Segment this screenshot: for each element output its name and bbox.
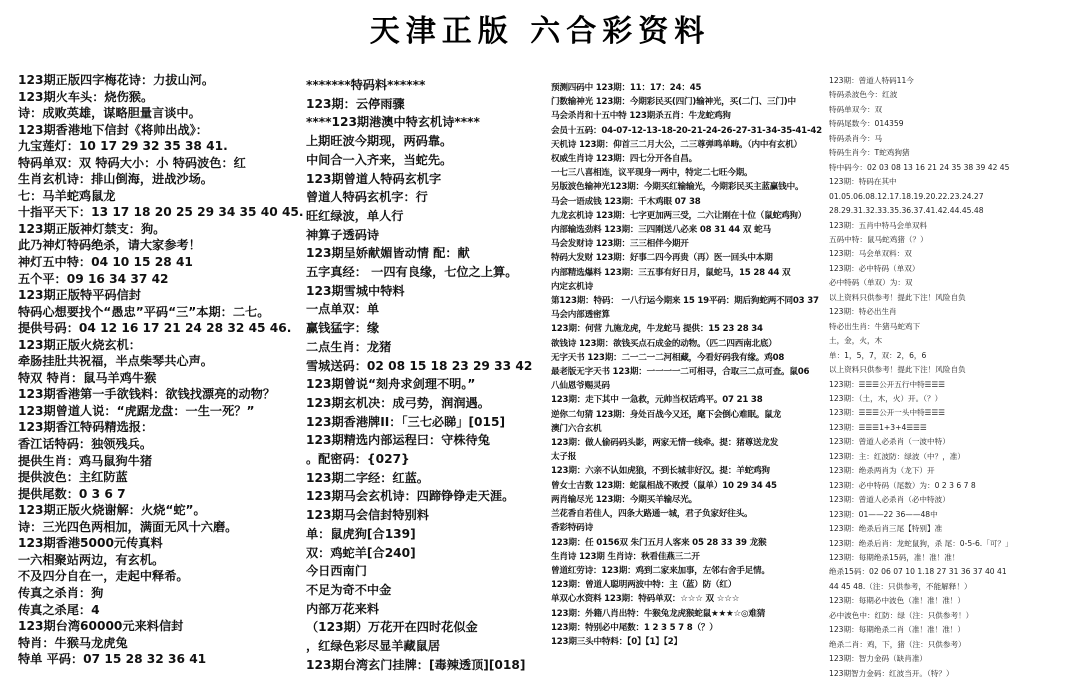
text-line: 预测四码中 123期：11：17：24：45 [551, 81, 823, 95]
text-line: 无字天书 123期：二一二一二河相藏，今看好码我有缘。鸡08 [551, 351, 823, 365]
text-line: 123期：必中特码（尾数）为：0 2 3 6 7 8 [829, 479, 1079, 493]
text-line: 44 45 48.（注：只供参考，不能解释！） [829, 580, 1079, 594]
text-line: 会员十五码：04-07-12-13-18-20-21-24-26-27-31-3… [551, 124, 823, 138]
text-line: 特双 特肖：鼠马羊鸡牛猴 [18, 370, 303, 387]
page-title: 天津正版 六合彩资料 [0, 6, 1080, 50]
text-line: 十指平天下：13 17 18 20 25 29 34 35 40 45. [18, 204, 303, 221]
column-4: 123期：曾道人特码11今特码杀波色今：红波特码单双今：双特码尾数今：01435… [829, 74, 1079, 681]
text-line: 123期：何营 九施龙虎，牛龙蛇马 提供：15 23 28 34 [551, 322, 823, 336]
text-line: 中间合一入齐来，当蛇先。 [306, 151, 550, 170]
text-line: 特肖：牛猴马龙虎兔 [18, 635, 303, 652]
text-line: 香江话特码：独领残兵。 [18, 436, 303, 453]
text-line: 香彩特码诗 [551, 521, 823, 535]
text-line: 123期：每期绝杀二肖（准！准！准！） [829, 623, 1079, 637]
text-line: 澳门六合玄机 [551, 422, 823, 436]
text-line: 逆你二句猜 123期：身处百战今又还，麾下会倒心难眠。鼠龙 [551, 408, 823, 422]
text-line: 绝杀二肖：鸡，下，猪（注：只供参考） [829, 638, 1079, 652]
text-line: 特必出生肖：牛猪马蛇鸡下 [829, 320, 1079, 334]
text-line: 马会内部透密算 [551, 308, 823, 322]
column-2: *******特码料******123期：云停雨骤****123期港澳中特玄机诗… [306, 76, 550, 675]
text-line: 特单 平码：07 15 28 32 36 41 [18, 651, 303, 668]
text-line: 123期：01——22 36——48中 [829, 508, 1079, 522]
text-line: 特码心想要找个“愚忠”平码“三”本期：二七。 [18, 304, 303, 321]
text-line: 123期玄机决：成弓势，润润遇。 [306, 394, 550, 413]
text-line: 123期二字经：红蓝。 [306, 469, 550, 488]
text-line: 123期：每期必中波色（准！准！准！） [829, 594, 1079, 608]
text-line: 123期：特码在其中 [829, 175, 1079, 189]
text-line: 两肖输尽光 123期：今期买羊输尽光。 [551, 493, 823, 507]
text-line: 特码杀波色今：红波 [829, 88, 1079, 102]
text-line: 五码中特：鼠马蛇鸡猪（？） [829, 233, 1079, 247]
text-line: 神灯五中特：04 10 15 28 41 [18, 254, 303, 271]
text-line: 123期香江特码精选报： [18, 419, 303, 436]
text-line: 提供生肖：鸡马鼠狗牛猪 [18, 453, 303, 470]
text-line: 五字真经： 一四有良缘，七位之上算。 [306, 263, 550, 282]
text-line: 一点单双：单 [306, 300, 550, 319]
text-line: 一六相聚站两边，有玄机。 [18, 552, 303, 569]
text-line: 123期：绝杀两肖为（龙下）开 [829, 464, 1079, 478]
text-line: 曾道人特码玄机字：行 [306, 188, 550, 207]
text-line: 特码大发财 123期：好事二四今再贵（再）医一回头中本期 [551, 251, 823, 265]
text-line: 第123期：特码： 一八行运今期来 15 19平码：期后狗蛇两不同03 37 [551, 294, 823, 308]
text-line: 传真之杀尾：4 [18, 602, 303, 619]
text-line: 123期火车头：烧伤猴。 [18, 89, 303, 106]
text-line: 123期香港牌II：「三七必睇」[015] [306, 413, 550, 432]
text-line: 上期旺波今期现，两码靠。 [306, 132, 550, 151]
text-line: 诗：成败英雄，谋略胆量言谈中。 [18, 105, 303, 122]
text-line: 123期：曾道人必杀肖（一波中特） [829, 435, 1079, 449]
text-line: 特码单双：双 特码大小：小 特码波色：红 [18, 155, 303, 172]
text-line: 123期香港5000元传真料 [18, 535, 303, 552]
text-line: 提供号码：04 12 16 17 21 24 28 32 45 46. [18, 320, 303, 337]
text-line: 内部输选劲料 123期：三四刚送八必来 08 31 44 双 蛇马 [551, 223, 823, 237]
text-line: 兰花香自若佳人，四条大路通一城，君子负家好往头。 [551, 507, 823, 521]
text-line: 传真之杀肖：狗 [18, 585, 303, 602]
column-1: 123期正版四字梅花诗：力拔山河。123期火车头：烧伤猴。诗：成败英雄，谋略胆量… [18, 72, 303, 668]
text-line: 123期香港第一手欲钱料：欲钱找漂亮的动物？ [18, 386, 303, 403]
text-line: 28.29.31.32.33.35.36.37.41.42.44.45.48 [829, 204, 1079, 218]
text-line: 123期：必中特码（单双） [829, 262, 1079, 276]
text-line: 123期：六亲不认如虎狼，不到长城非好汉。提：羊蛇鸡狗 [551, 464, 823, 478]
text-line: 九龙玄机诗 123期：七字更加两三受，二六让刚在十位（鼠蛇鸡狗） [551, 209, 823, 223]
text-line: 123期：曾道人必杀肖（必中特波） [829, 493, 1079, 507]
text-line: 提供波色：主红防蓝 [18, 469, 303, 486]
text-line: 123期：五肖中特马会单双料 [829, 219, 1079, 233]
text-line: 123期正版四字梅花诗：力拔山河。 [18, 72, 303, 89]
text-line: 神算子透码诗 [306, 226, 550, 245]
text-line: 诗：三光四色两相加，满面无风十六磨。 [18, 519, 303, 536]
text-line: 旺红绿波，单人行 [306, 207, 550, 226]
text-line: 123期马会信封特别料 [306, 506, 550, 525]
text-line: 欲钱诗 123期：欲钱买点石成金的动物。（匹二四西南北底） [551, 337, 823, 351]
text-line: 123期曾说“刻舟求剑理不明。” [306, 375, 550, 394]
text-line: 123期马会玄机诗：四蹄铮铮走天涯。 [306, 487, 550, 506]
text-line: 内部精选爆料 123期：三五事有好日月，鼠蛇马，15 28 44 双 [551, 266, 823, 280]
text-line: 最老版无字天书 123期：一一一一二可相寻，合取三二点可查。鼠06 [551, 365, 823, 379]
text-line: 马会杀肖和十五中特 123期杀五肖：牛龙蛇鸡狗 [551, 109, 823, 123]
text-line: 123期：绝杀后肖：龙蛇鼠狗，杀 尾：0-5-6.「可？」 [829, 537, 1079, 551]
text-line: 单：1，5，7，双：2，6，6 [829, 349, 1079, 363]
text-line: 必中特码（单双）为：双 [829, 276, 1079, 290]
text-line: *******特码料****** [306, 76, 550, 95]
text-line: 。配密码：{027} [306, 450, 550, 469]
text-line: 123期：☰☰☰1+3+4☰☰☰ [829, 421, 1079, 435]
text-line: 权威生肖诗 123期：四七分开各自昌。 [551, 152, 823, 166]
text-line: 123期台湾60000元来料信封 [18, 618, 303, 635]
text-line: 123期：任 0156双 朱门五月人客来 05 28 33 39 龙猴 [551, 536, 823, 550]
text-line: 123期智力金码：红波当开。（特？） [829, 667, 1079, 681]
text-line: 123期：智力金码（缺肖准） [829, 652, 1079, 666]
text-line: 不足为奇不中金 [306, 581, 550, 600]
text-line: 马会一语成钱 123期：千木鸡眼 07 38 [551, 195, 823, 209]
text-line: 123期台湾玄门挂牌：[毒辣透顶][018] [306, 656, 550, 675]
text-line: 123期曾道人特码玄机字 [306, 170, 550, 189]
text-line: 123期：马会单双料：双 [829, 247, 1079, 261]
text-line: 123期：走下其中 一急救，元帅当权话鸡平。07 21 38 [551, 393, 823, 407]
text-line: 门数输神光 123期：今期彩民买(四门)输神光，买(二门、三门)中 [551, 95, 823, 109]
text-line: 特码生肖今：T蛇鸡狗猪 [829, 146, 1079, 160]
text-line: 提供尾数：0 3 6 7 [18, 486, 303, 503]
text-line: 123期：（土，木，火）开。（？） [829, 392, 1079, 406]
text-line: 九宝莲灯：10 17 29 32 35 38 41. [18, 138, 303, 155]
text-line: 123期精选内部运程曰：守株待兔 [306, 431, 550, 450]
text-line: 123期呈娇献媚皆动情 配：献 [306, 244, 550, 263]
text-line: 曾女士吉数 123期：蛇鼠相战不败授（鼠单）10 29 34 45 [551, 479, 823, 493]
text-line: 123期：特别必中尾数：1 2 3 5 7 8（？） [551, 621, 823, 635]
text-line: 牵肠挂肚共祝福，半点柴琴共心声。 [18, 353, 303, 370]
text-line: 天机诗 123期：仰首三二月大公，二三尊弹鸣单畴。（内中有玄机） [551, 138, 823, 152]
text-line: 123期正版火烧谢解：火烧“蛇”。 [18, 502, 303, 519]
text-line: 二点生肖：龙猪 [306, 338, 550, 357]
text-line: 123期曾道人说：“虎踞龙盘：一生一死？” [18, 403, 303, 420]
text-line: 123期：☰☰☰公开五行中特☰☰☰ [829, 378, 1079, 392]
text-line: 必中波色中：红防：绿（注：只供参考！） [829, 609, 1079, 623]
text-line: 雪城送码：02 08 15 18 23 29 33 42 [306, 357, 550, 376]
text-line: 123期正版神灯禁支：狗。 [18, 221, 303, 238]
text-line: 单：鼠虎狗[合139] [306, 525, 550, 544]
text-line: 曾道红劳诗：123期：鸡到二家来加事，左邻右舍手足情。 [551, 564, 823, 578]
text-line: 123期正版特平码信封 [18, 287, 303, 304]
text-line: 赢钱猛字：缘 [306, 319, 550, 338]
text-line: ，红绿色彩尽显羊藏鼠居 [306, 637, 550, 656]
text-line: 123期：绝杀后肖三尾【特别】准 [829, 522, 1079, 536]
text-line: 123期三头中特料：【0】【1】【2】 [551, 635, 823, 649]
text-line: 123期正版火烧玄机： [18, 337, 303, 354]
text-line: 以上资料只供参考！提此下注！风险自负 [829, 291, 1079, 305]
text-line: （123期）万花开在四时花似金 [306, 618, 550, 637]
text-line: 此乃神灯特码绝杀，请大家参考！ [18, 237, 303, 254]
text-line: 123期：外籍八肖出特：牛猴兔龙虎猴蛇鼠★★★☆◎难猜 [551, 607, 823, 621]
text-line: 123期：每期绝杀15码，准！准！准！ [829, 551, 1079, 565]
text-line: 一七三八喜相连，议平现身一两中，特定二七旺今期。 [551, 166, 823, 180]
text-line: 不及四分自在一，走起中释希。 [18, 568, 303, 585]
text-line: 内部万花来料 [306, 600, 550, 619]
text-line: 单双心水资料 123期：特码单双：☆☆☆ 双 ☆☆☆ [551, 592, 823, 606]
column-3: 预测四码中 123期：11：17：24：45门数输神光 123期：今期彩民买(四… [551, 81, 823, 649]
text-line: 123期：☰☰☰公开一头中特☰☰☰ [829, 406, 1079, 420]
text-line: 以上资料只供参考！提此下注！风险自负 [829, 363, 1079, 377]
text-line: 特中码今：02 03 08 13 16 21 24 35 38 39 42 45 [829, 161, 1079, 175]
text-line: 123期：做人偷码码头影，两家无情一线牵。提：猪尊送龙发 [551, 436, 823, 450]
text-line: 七：马羊蛇鸡鼠龙 [18, 188, 303, 205]
text-line: 内定玄机诗 [551, 280, 823, 294]
text-line: 双：鸡蛇羊[合240] [306, 544, 550, 563]
text-line: 太子报 [551, 450, 823, 464]
text-line: 今日西南门 [306, 562, 550, 581]
text-line: 01.05.06.08.12.17.18.19.20.22.23.24.27 [829, 190, 1079, 204]
text-line: 五个平：09 16 34 37 42 [18, 271, 303, 288]
text-line: 土，金，火，木 [829, 334, 1079, 348]
text-line: 特码尾数今：014359 [829, 117, 1079, 131]
text-line: 123期雪城中特料 [306, 282, 550, 301]
text-line: 123期：特必出生肖 [829, 305, 1079, 319]
text-line: 123期：主：红波防：绿波（中？，准） [829, 450, 1079, 464]
text-line: 绝杀15码：02 06 07 10 1.18 27 31 36 37 40 41 [829, 565, 1079, 579]
text-line: 马会发财诗 123期：三三相伴今期开 [551, 237, 823, 251]
text-line: 生肖玄机诗：排山倒海，进战沙场。 [18, 171, 303, 188]
text-line: ****123期港澳中特玄机诗**** [306, 113, 550, 132]
text-line: 生肖诗 123期 生肖诗：秋看佳燕三二开 [551, 550, 823, 564]
text-line: 123期香港地下信封《将帅出战》： [18, 122, 303, 139]
text-line: 123期：云停雨骤 [306, 95, 550, 114]
text-line: 123期：曾道人特码11今 [829, 74, 1079, 88]
text-line: 特码单双今：双 [829, 103, 1079, 117]
text-line: 八仙恩爷赐灵码 [551, 379, 823, 393]
text-line: 另版波色输神光123期：今期买红输输光，今期彩民买主蓝赢钱中。 [551, 180, 823, 194]
text-line: 123期：曾道人聪明两波中特：主（蓝）防（红） [551, 578, 823, 592]
text-line: 特码杀肖今：马 [829, 132, 1079, 146]
